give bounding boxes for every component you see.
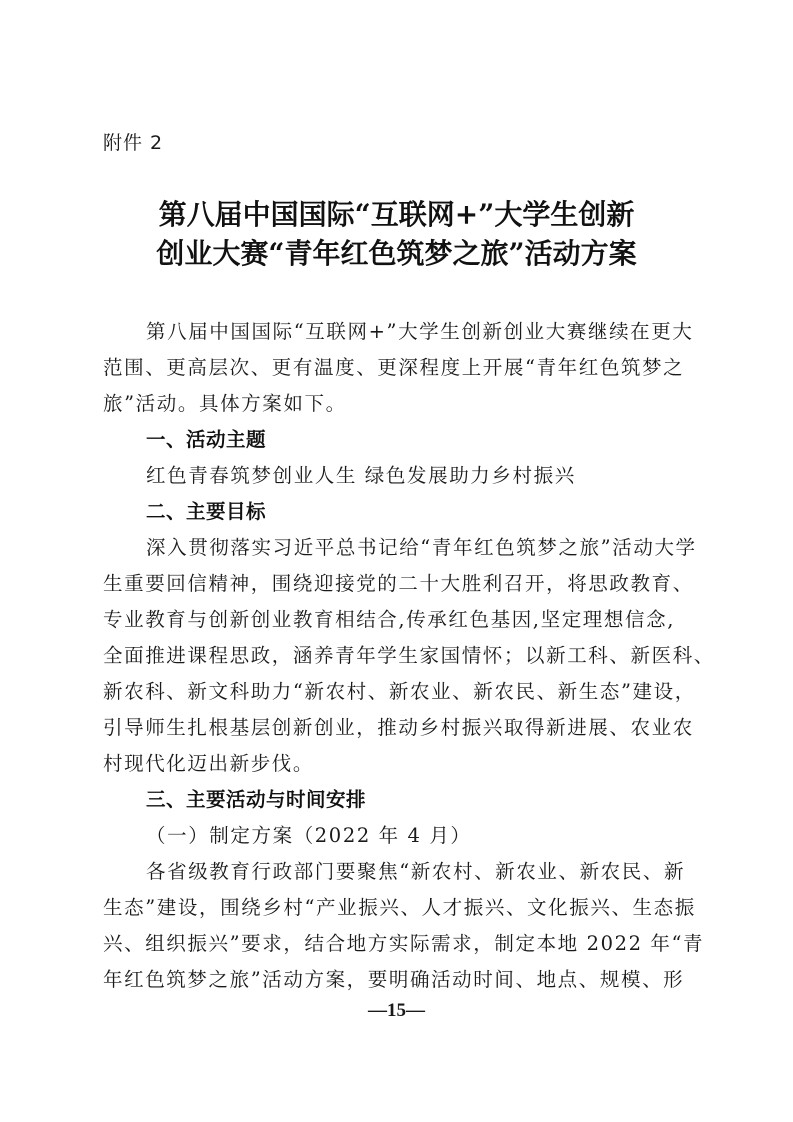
page-number: —15— (0, 1000, 793, 1022)
body-text-line: 村现代化迈出新步伐。 (103, 748, 703, 776)
section-heading: 二、主要目标 (146, 496, 746, 524)
body-text-line: 新农科、新文科助力“新农村、新农业、新农民、新生态”建设， (103, 676, 703, 704)
body-text-line: 引导师生扎根基层创新创业，推动乡村振兴取得新进展、农业农 (103, 712, 703, 740)
body-text-line: 旅”活动。具体方案如下。 (103, 388, 703, 416)
section-heading: 三、主要活动与时间安排 (146, 784, 746, 812)
body-text-line: 年红色筑梦之旅”活动方案，要明确活动时间、地点、规模、形 (103, 964, 703, 992)
document-title-line-1: 第八届中国国际“互联网+”大学生创新 (0, 193, 793, 233)
document-page: 附件 2 第八届中国国际“互联网+”大学生创新 创业大赛“青年红色筑梦之旅”活动… (0, 0, 793, 1122)
body-text-line: 生态”建设，围绕乡村“产业振兴、人才振兴、文化振兴、生态振 (103, 892, 703, 920)
body-text-line: 生重要回信精神，围绕迎接党的二十大胜利召开，将思政教育、 (103, 568, 703, 596)
section-heading: 一、活动主题 (146, 424, 746, 452)
body-text-line: 范围、更高层次、更有温度、更深程度上开展“青年红色筑梦之 (103, 352, 703, 380)
body-text-line: 专业教育与创新创业教育相结合,传承红色基因,坚定理想信念, (103, 604, 703, 632)
body-text-line: 兴、组织振兴”要求，结合地方实际需求，制定本地 2022 年“青 (103, 928, 703, 956)
body-text-line: 第八届中国国际“互联网+”大学生创新创业大赛继续在更大 (146, 316, 746, 344)
attachment-label: 附件 2 (103, 128, 163, 155)
body-text-line: 各省级教育行政部门要聚焦“新农村、新农业、新农民、新 (146, 856, 746, 884)
document-title-line-2: 创业大赛“青年红色筑梦之旅”活动方案 (0, 232, 793, 272)
body-text-line: （一）制定方案（2022 年 4 月） (146, 820, 746, 848)
body-text-line: 红色青春筑梦创业人生 绿色发展助力乡村振兴 (146, 460, 746, 488)
body-text-line: 深入贯彻落实习近平总书记给“青年红色筑梦之旅”活动大学 (146, 532, 746, 560)
body-text-line: 全面推进课程思政，涵养青年学生家国情怀；以新工科、新医科、 (103, 640, 703, 668)
